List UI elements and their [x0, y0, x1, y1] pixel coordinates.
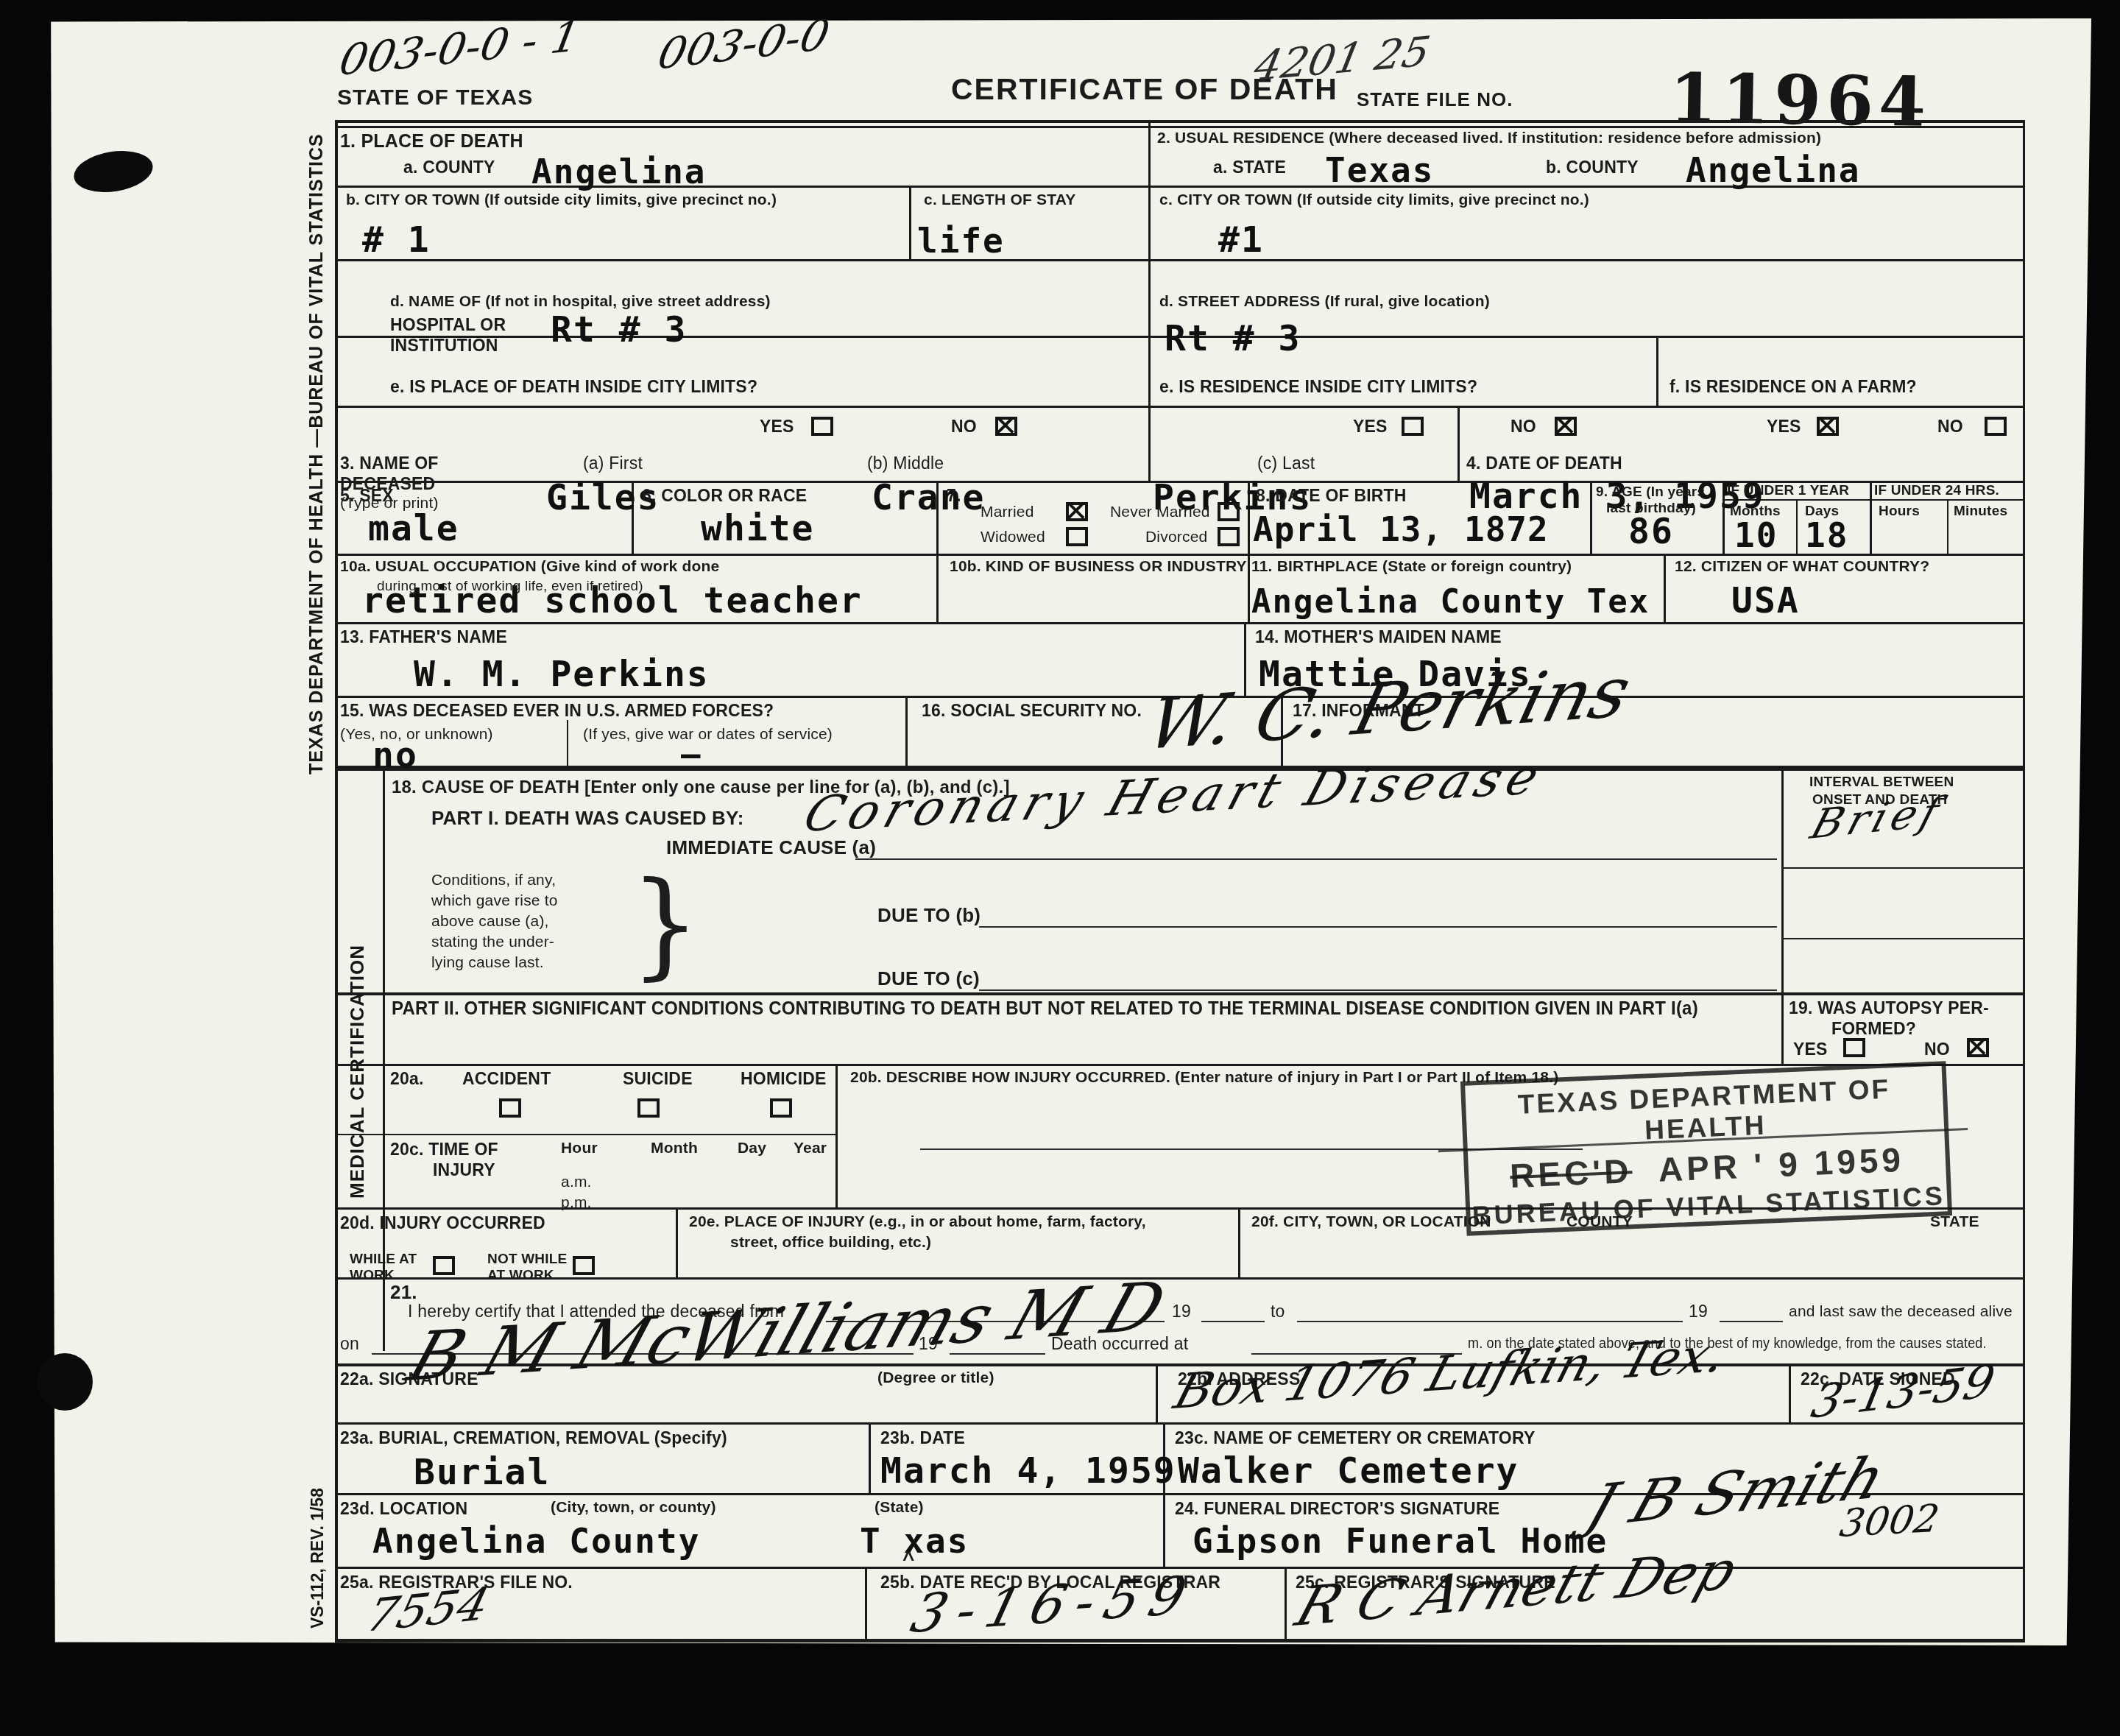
- birthplace-value: Angelina County Tex: [1251, 583, 1650, 621]
- middle-name-label: (b) Middle: [867, 454, 944, 473]
- checkbox-farm-no: [1985, 417, 2007, 436]
- grid-line: [869, 1422, 871, 1493]
- hospital-name-label-2: HOSPITAL OR: [390, 315, 506, 335]
- burial-date-label: 23b. DATE: [880, 1428, 965, 1448]
- certify-year-2: 19: [1689, 1302, 1708, 1322]
- hours-label: Hours: [1879, 504, 1920, 520]
- name-of-deceased-label: 3. NAME OF: [340, 454, 439, 473]
- date-of-birth-value: April 13, 1872: [1253, 509, 1549, 549]
- grid-line: [1947, 499, 1948, 554]
- cemetery-value: Walker Cemetery: [1178, 1450, 1519, 1492]
- accident-label: ACCIDENT: [462, 1069, 551, 1089]
- days-value: 18: [1805, 515, 1848, 555]
- yes-label: YES: [1793, 1040, 1828, 1059]
- year-label: Year: [794, 1140, 827, 1157]
- death-city-limits-label: e. IS PLACE OF DEATH INSIDE CITY LIMITS?: [390, 377, 757, 397]
- cemetery-label: 23c. NAME OF CEMETERY OR CREMATORY: [1175, 1428, 1535, 1448]
- autopsy-label-2: FORMED?: [1831, 1019, 1916, 1039]
- hour-label: Hour: [561, 1140, 598, 1157]
- citizen-value: USA: [1731, 580, 1800, 621]
- never-married-label: Never Married: [1110, 504, 1210, 521]
- burial-type-label: 23a. BURIAL, CREMATION, REMOVAL (Specify…: [340, 1428, 727, 1448]
- grid-line: [1789, 1363, 1791, 1422]
- suicide-label: SUICIDE: [623, 1069, 693, 1089]
- not-while-at-work-label-2: AT WORK: [487, 1268, 554, 1284]
- grid-line: [1781, 867, 2024, 869]
- usual-residence-label: 2. USUAL RESIDENCE (Where deceased lived…: [1157, 130, 1821, 147]
- checkbox-homicide: [770, 1098, 792, 1118]
- grid-line: [335, 1134, 838, 1135]
- county-value: Angelina: [531, 152, 707, 191]
- autopsy-label: 19. WAS AUTOPSY PER-: [1789, 998, 1989, 1018]
- street-address-label: d. STREET ADDRESS (If rural, give locati…: [1159, 293, 1490, 311]
- county-label: a. COUNTY: [403, 158, 495, 177]
- checkbox-not-while-at-work: [573, 1256, 595, 1275]
- no-label: NO: [1937, 417, 1963, 437]
- grid-line: [936, 554, 939, 622]
- sex-value: male: [368, 508, 459, 549]
- fathers-name-label: 13. FATHER'S NAME: [340, 627, 507, 647]
- residence-state-label: a. STATE: [1213, 158, 1286, 177]
- grid-line: [835, 1064, 838, 1207]
- grid-line: [1796, 499, 1798, 554]
- grid-line: [335, 406, 2024, 408]
- certify-to: to: [1271, 1302, 1285, 1322]
- last-name-label: (c) Last: [1257, 454, 1315, 473]
- grid-line: [567, 720, 568, 766]
- checkbox-never-married: [1218, 502, 1240, 521]
- grid-line: [1870, 481, 1872, 554]
- medical-certification-label: MEDICAL CERTIFICATION: [346, 945, 369, 1199]
- grid-line: [905, 696, 908, 766]
- checkbox-residence-limits-no: [1555, 417, 1577, 436]
- cause-line-a: [855, 858, 1777, 860]
- yes-label: YES: [1353, 417, 1388, 437]
- date-of-death-label: 4. DATE OF DEATH: [1466, 454, 1622, 473]
- form-number-text: VS-112, REV. 1/58: [308, 1488, 328, 1629]
- no-label: NO: [1924, 1040, 1950, 1059]
- armed-forces-value: no: [372, 735, 418, 776]
- place-of-injury-label: 20e. PLACE OF INJURY (e.g., in or about …: [689, 1213, 1146, 1231]
- checkbox-while-at-work: [433, 1256, 455, 1275]
- conditions-note-5: lying cause last.: [431, 954, 544, 972]
- checkbox-farm-yes: [1817, 417, 1839, 436]
- residence-county-value: Angelina: [1686, 150, 1861, 190]
- received-stamp: TEXAS DEPARTMENT OF HEALTH REC'D APR ' 9…: [1460, 1061, 1952, 1235]
- checkbox-accident: [499, 1098, 521, 1118]
- while-at-work-label-2: WORK: [350, 1268, 395, 1284]
- city-or-town-value: # 1: [362, 219, 431, 261]
- checkbox-married: [1066, 502, 1088, 521]
- not-while-at-work-label: NOT WHILE: [487, 1252, 567, 1268]
- burial-location-city: Angelina County: [372, 1521, 700, 1561]
- state-file-no-label: STATE FILE NO.: [1357, 88, 1513, 111]
- cause-line-c: [979, 989, 1777, 991]
- birthplace-label: 11. BIRTHPLACE (State or foreign country…: [1251, 558, 1572, 576]
- while-at-work-label: WHILE AT: [350, 1252, 417, 1268]
- grid-line: [335, 1422, 2024, 1425]
- part1-label: PART I. DEATH WAS CAUSED BY:: [431, 807, 744, 830]
- no-label: NO: [951, 417, 977, 437]
- grid-line: [335, 259, 2024, 261]
- street-address-value: Rt # 3: [1165, 318, 1301, 359]
- due-to-b-label: DUE TO (b): [877, 904, 981, 927]
- certify-year-1: 19: [1172, 1302, 1191, 1322]
- certify-on: on: [340, 1334, 359, 1354]
- grid-line: [335, 622, 2024, 624]
- hospital-name-label: d. NAME OF (If not in hospital, give str…: [390, 293, 771, 311]
- day-label: Day: [738, 1140, 766, 1157]
- homicide-label: HOMICIDE: [741, 1069, 827, 1089]
- grid-line: [335, 120, 2024, 123]
- conditions-note-1: Conditions, if any,: [431, 872, 556, 889]
- burial-date-value: March 4, 1959: [880, 1450, 1176, 1492]
- grid-line: [1723, 499, 2024, 501]
- hospital-name-label-3: INSTITUTION: [390, 336, 498, 356]
- checkbox-autopsy-no: [1967, 1038, 1989, 1057]
- citizen-label: 12. CITIZEN OF WHAT COUNTRY?: [1675, 558, 1929, 576]
- grid-line: [335, 992, 2024, 995]
- checkbox-divorced: [1218, 527, 1240, 546]
- interval-label: INTERVAL BETWEEN: [1809, 775, 1954, 791]
- burial-type-value: Burial: [414, 1452, 550, 1493]
- hospital-value: Rt # 3: [551, 309, 687, 350]
- conditions-note-4: stating the under-: [431, 934, 554, 951]
- divorced-label: Divorced: [1145, 529, 1207, 546]
- grid-line: [335, 126, 2024, 128]
- certify-text-2: and last saw the deceased alive: [1789, 1303, 2013, 1321]
- stamp-date: APR ' 9 1959: [1658, 1140, 1905, 1189]
- first-name-label: (a) First: [583, 454, 643, 473]
- grid-line: [335, 120, 338, 1641]
- checkbox-death-limits-no: [995, 417, 1017, 436]
- ssn-label: 16. SOCIAL SECURITY NO.: [922, 701, 1142, 721]
- certify-blank: [1201, 1321, 1265, 1322]
- date-of-birth-label: 8. DATE OF BIRTH: [1256, 486, 1407, 506]
- time-of-injury-label-2: INJURY: [433, 1160, 495, 1180]
- grid-line: [2023, 120, 2025, 1641]
- checkbox-widowed: [1066, 527, 1088, 546]
- stamp-recd: REC'D: [1509, 1151, 1633, 1195]
- certify-21-label: 21.: [390, 1281, 417, 1304]
- place-of-death-label: 1. PLACE OF DEATH: [340, 131, 523, 152]
- grid-line: [1656, 336, 1658, 406]
- occupation-label: 10a. USUAL OCCUPATION (Give kind of work…: [340, 558, 719, 576]
- armed-forces-sub-label-2: (If yes, give war or dates of service): [583, 726, 833, 744]
- city-or-town-label: b. CITY OR TOWN (If outside city limits,…: [346, 191, 777, 209]
- length-of-stay-value: life: [917, 221, 1005, 261]
- grid-line: [1156, 1363, 1158, 1422]
- grid-line: [1285, 1567, 1287, 1640]
- grid-line: [865, 1567, 867, 1640]
- state-of-texas-label: STATE OF TEXAS: [337, 85, 533, 110]
- armed-forces-label: 15. WAS DECEASED EVER IN U.S. ARMED FORC…: [340, 701, 774, 721]
- residence-state-value: Texas: [1325, 150, 1434, 190]
- grid-line: [1664, 554, 1666, 622]
- left-margin-agency-text: TEXAS DEPARTMENT OF HEALTH —BUREAU OF VI…: [306, 133, 328, 775]
- certify-blank: [1297, 1321, 1683, 1322]
- grid-line: [1457, 406, 1460, 481]
- business-label: 10b. KIND OF BUSINESS OR INDUSTRY: [950, 558, 1247, 576]
- occupation-value: retired school teacher: [362, 580, 863, 621]
- death-certificate-scan: 003-0-0 - 1 003-0-0 STATE OF TEXAS CERTI…: [0, 0, 2120, 1736]
- time-of-injury-label: 20c. TIME OF: [390, 1140, 498, 1160]
- minutes-label: Minutes: [1954, 504, 2007, 520]
- checkbox-death-limits-yes: [811, 417, 833, 436]
- grid-line: [335, 1639, 2025, 1643]
- grid-line: [335, 1064, 2024, 1066]
- sex-label: 5. SEX: [340, 486, 394, 506]
- race-value: white: [701, 508, 815, 549]
- conditions-note-3: above cause (a),: [431, 913, 549, 931]
- checkbox-suicide: [637, 1098, 660, 1118]
- part2-label: PART II. OTHER SIGNIFICANT CONDITIONS CO…: [392, 998, 1698, 1020]
- burial-location-label: 23d. LOCATION: [340, 1499, 467, 1519]
- race-label: 6. COLOR OR RACE: [642, 486, 807, 506]
- months-value: 10: [1734, 515, 1778, 555]
- if-under-1-year-label: IF UNDER 1 YEAR: [1727, 483, 1849, 499]
- checkbox-autopsy-yes: [1843, 1038, 1865, 1057]
- grid-line: [909, 186, 911, 259]
- widowed-label: Widowed: [981, 529, 1045, 546]
- grid-line: [1781, 938, 2024, 939]
- certify-blank: [1720, 1321, 1783, 1322]
- conditions-note-2: which gave rise to: [431, 892, 558, 910]
- grid-line: [1781, 766, 1784, 1064]
- married-label: Married: [981, 504, 1034, 521]
- residence-county-label: b. COUNTY: [1546, 158, 1639, 177]
- length-of-stay-label: c. LENGTH OF STAY: [924, 191, 1075, 209]
- place-of-injury-label-2: street, office building, etc.): [730, 1234, 931, 1252]
- no-label: NO: [1510, 417, 1536, 437]
- fathers-name-value: W. M. Perkins: [414, 654, 710, 695]
- injury-20a-label: 20a.: [390, 1069, 424, 1089]
- yes-label: YES: [1767, 417, 1801, 437]
- residence-city-value: #1: [1218, 219, 1264, 261]
- mothers-name-label: 14. MOTHER'S MAIDEN NAME: [1255, 627, 1502, 647]
- cause-line-b: [979, 926, 1777, 928]
- injury-occurred-label: 20d. INJURY OCCURRED: [340, 1213, 545, 1233]
- age-value: 86: [1628, 511, 1674, 552]
- location-sub-label: (City, town, or county): [551, 1499, 716, 1517]
- if-under-24-hrs-label: IF UNDER 24 HRS.: [1874, 483, 1999, 499]
- due-to-c-label: DUE TO (c): [877, 967, 980, 990]
- am-label: a.m.: [561, 1174, 592, 1191]
- checkbox-residence-limits-yes: [1402, 417, 1424, 436]
- grid-line: [1148, 120, 1151, 483]
- funeral-director-number: 3002: [1837, 1497, 1942, 1546]
- residence-city-limits-label: e. IS RESIDENCE INSIDE CITY LIMITS?: [1159, 377, 1477, 397]
- yes-label: YES: [760, 417, 794, 437]
- armed-forces-dash: —: [681, 736, 702, 774]
- middle-name-value: Crane: [872, 477, 986, 518]
- degree-or-title-label: (Degree or title): [877, 1369, 994, 1387]
- funeral-director-label: 24. FUNERAL DIRECTOR'S SIGNATURE: [1175, 1499, 1499, 1519]
- hole-punch-bottom: [37, 1353, 93, 1411]
- conditions-brace: }: [630, 857, 700, 992]
- month-label: Month: [651, 1140, 698, 1157]
- age-label: 9. AGE (In years: [1596, 484, 1705, 501]
- marital-status-label: 7.: [947, 486, 961, 506]
- residence-city-label: c. CITY OR TOWN (If outside city limits,…: [1159, 191, 1589, 209]
- grid-line: [335, 1277, 2024, 1280]
- location-state-sub-label: (State): [875, 1499, 924, 1517]
- residence-farm-label: f. IS RESIDENCE ON A FARM?: [1669, 377, 1917, 397]
- describe-injury-label: 20b. DESCRIBE HOW INJURY OCCURRED. (Ente…: [850, 1069, 1558, 1087]
- grid-line: [676, 1207, 678, 1277]
- grid-line: [1238, 1207, 1240, 1277]
- injury-city-label: 20f. CITY, TOWN, OR LOCATION: [1251, 1213, 1491, 1231]
